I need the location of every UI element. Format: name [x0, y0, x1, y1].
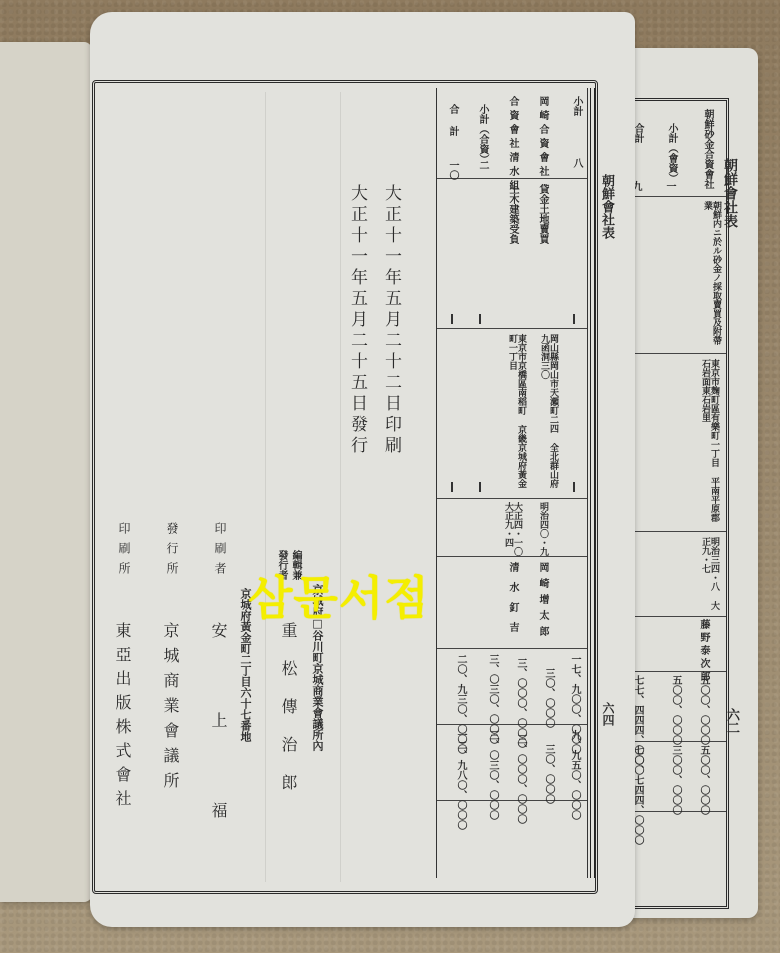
business-description: 朝鮮内ニ於ル砂金ノ採取賣買及附帶業 [702, 201, 720, 351]
subtotal-goshi-count: 二 [477, 160, 487, 170]
representative-okazaki: 岡崎增太郎 [537, 562, 547, 642]
subtotal-header-count: 八 [571, 158, 581, 168]
paid-company: 五〇〇、〇〇〇 [698, 745, 708, 815]
print-date: 大正十一年五月二十二日印刷 [382, 184, 399, 457]
subtotal-goshi-header: 小計（合資） [477, 104, 487, 164]
publish-date: 大正十一年五月二十五日發行 [348, 184, 365, 457]
printer-label: 印刷者 [214, 522, 226, 582]
page-64-colophon: 大正十一年五月二十二日印刷 大正十一年五月二十五日發行 編輯兼 發行者 京城府□… [90, 12, 635, 927]
subtotal-header: 小計 [571, 96, 581, 116]
page-62: 朝鮮砂金合資會社 小計（會資） 一 合計 九 朝鮮内ニ於ル砂金ノ採取賣買及附帶業… [615, 48, 758, 918]
grand-total-count: 一〇 [447, 160, 457, 180]
company-address: 東京市麹町區有樂町一丁目 平南平原郡石岩面東石岩里 [700, 359, 718, 529]
capital-company: 五〇〇、〇〇〇 [698, 675, 708, 745]
paid-okazaki: 三〇、〇〇〇 [543, 744, 553, 804]
company-table-64: 小計 八 岡崎合資會社 合資會社清水組 小計（合資） 二 合計 一〇 貸金土地賣… [436, 88, 588, 878]
page-number-64: 六四 [602, 702, 614, 726]
running-title-64: 朝鮮會社表 [600, 174, 613, 239]
founded-okazaki: 明治四〇・九 [538, 502, 547, 556]
founded-date: 明治三四・八 大正九・七 [700, 537, 718, 612]
page-62-frame: 朝鮮砂金合資會社 小計（會資） 一 合計 九 朝鮮内ニ於ル砂金ノ採取賣買及附帶業… [623, 98, 729, 909]
capital-okazaki: 三〇、〇〇〇 [543, 668, 553, 728]
paid-shimizu: 三、〇〇〇、〇〇〇 [515, 734, 525, 824]
capital-subtotal: 五〇〇、〇〇〇 [670, 675, 680, 745]
paid-subtotal: 九、九五〇、〇〇〇 [569, 730, 579, 820]
running-title: 朝鮮會社表 [723, 158, 737, 228]
paid-subtotal: 三〇〇、〇〇〇 [670, 745, 680, 815]
company-name: 朝鮮砂金合資會社 [702, 109, 712, 189]
grand-total-header: 合計 [447, 104, 457, 148]
business-okazaki: 貸金土地賣買 [537, 184, 547, 244]
paid-total: 一二、九八〇、〇〇〇 [455, 730, 465, 830]
business-shimizu: 土木建築受負 [507, 184, 517, 244]
subtotal-label: 小計（會資） [666, 123, 676, 183]
paid-goshi: 三、〇三〇、〇〇〇 [487, 730, 497, 820]
company-shimizu: 合資會社清水組 [507, 96, 517, 194]
subtotal-count: 一 [664, 181, 674, 191]
printer-name: 安上福 [210, 622, 226, 892]
editor-name: 重松傳治郎 [280, 622, 296, 812]
issuer-name: 京城商業會議所 [162, 622, 178, 797]
print-office-label: 印刷所 [118, 522, 130, 582]
address-shimizu: 東京市京橋區南稻町 京畿京城府黃金町一丁目 [507, 334, 525, 494]
founded-shimizu: 大正四・一〇 大正九・四 [503, 502, 521, 556]
left-page-edge [0, 42, 92, 902]
issuer-label: 發行所 [166, 522, 178, 582]
address-okazaki: 岡山縣岡山市天瀬町二四 全北群山府九函洞三〇 [539, 334, 557, 494]
page-number: 六二 [725, 708, 738, 734]
company-okazaki: 岡崎合資會社 [537, 96, 547, 180]
representative-shimizu: 清水釘吉 [507, 562, 517, 642]
seller-watermark: 삼문서점 [248, 562, 430, 628]
margin-rule [590, 88, 595, 878]
print-office-name: 東亞出版株式會社 [114, 622, 130, 814]
